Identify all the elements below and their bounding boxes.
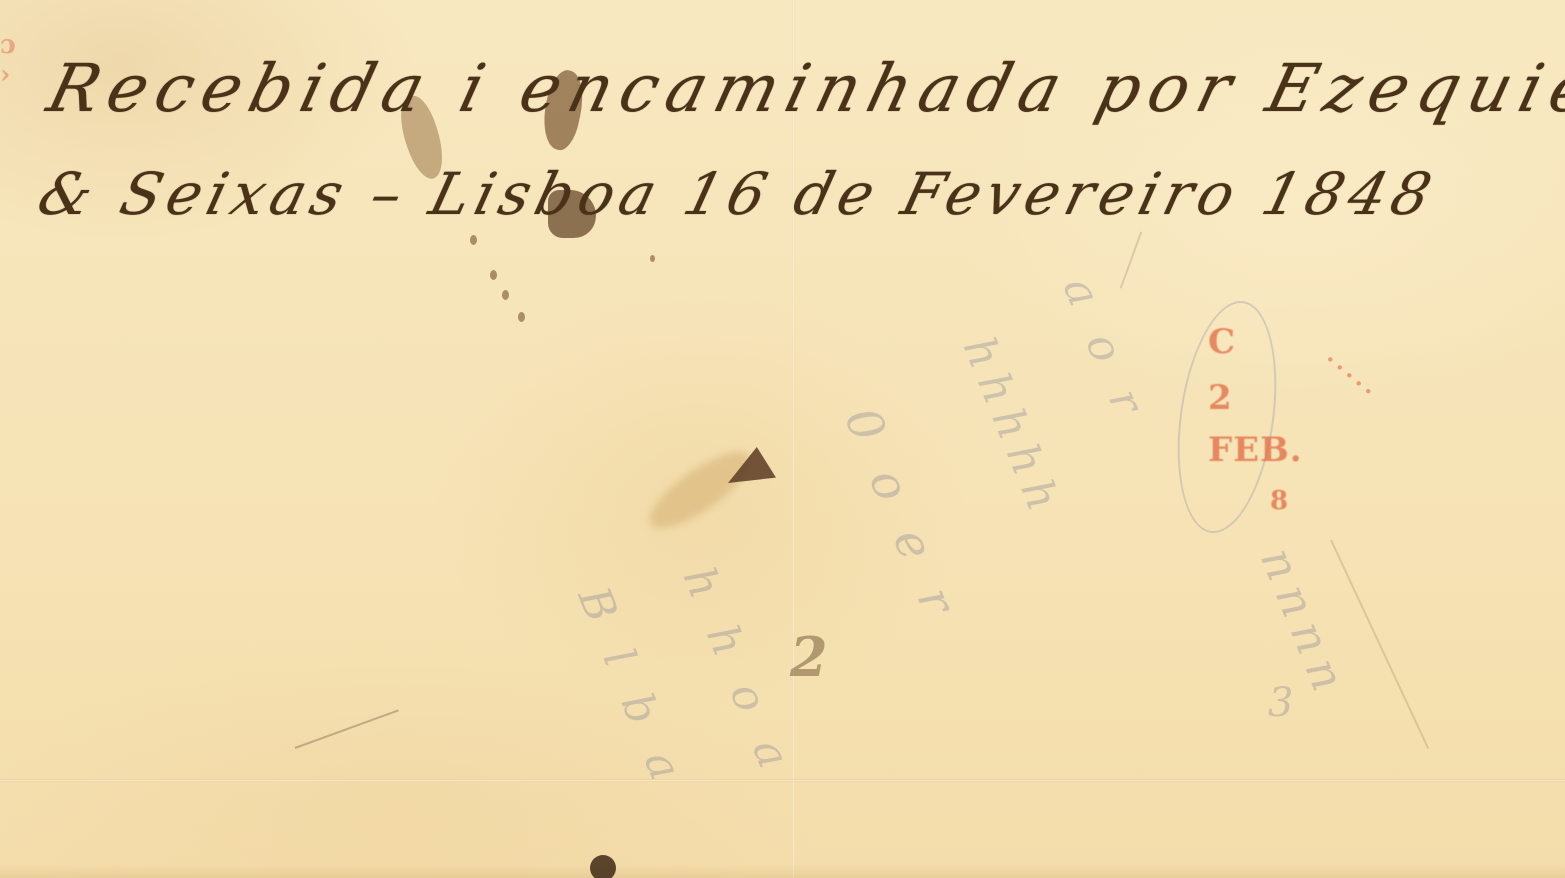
ink-blot bbox=[590, 855, 616, 878]
horizontal-fold-line bbox=[0, 779, 1565, 782]
ink-drip bbox=[502, 290, 509, 300]
ink-mark: 2 bbox=[790, 625, 838, 689]
paper-crease bbox=[1330, 540, 1429, 749]
pencil-bleed-through: 3 bbox=[1268, 680, 1303, 726]
handwritten-line-2: & Seixas – Lisboa 16 de Fevereiro 1848 bbox=[32, 160, 1444, 228]
paper-crease bbox=[295, 709, 399, 749]
pencil-bleed-through: 0 o e r bbox=[833, 400, 970, 631]
postmark-row: 2 bbox=[1208, 378, 1233, 418]
paper-tear bbox=[1120, 231, 1142, 288]
postmark-row: FEB. bbox=[1208, 430, 1303, 470]
left-stamp-fragment: ɔ › bbox=[0, 30, 30, 120]
ink-drip bbox=[650, 255, 655, 262]
document-page: ɔ › Recebida i encaminhada por Ezequiel … bbox=[0, 0, 1565, 878]
handwritten-line-1: Recebida i encaminhada por Ezequiel bbox=[40, 50, 1565, 127]
pencil-bleed-through: B l b a bbox=[568, 580, 695, 796]
pencil-bleed-through: a o r bbox=[1053, 270, 1157, 430]
ink-drip bbox=[518, 312, 525, 322]
ink-drip bbox=[470, 235, 477, 245]
paper-bottom-edge bbox=[0, 864, 1565, 878]
postmark-arc: ····· bbox=[1318, 346, 1384, 408]
ink-drip bbox=[490, 270, 497, 280]
postmark-row: C bbox=[1208, 322, 1236, 362]
pencil-bleed-through: h h o a bbox=[673, 560, 803, 784]
red-postmark: C 2 FEB. 8 ····· bbox=[1200, 322, 1390, 522]
postmark-row: 8 bbox=[1270, 486, 1289, 516]
ink-smear bbox=[639, 439, 760, 541]
pencil-bleed-through: hhhhh bbox=[953, 330, 1072, 527]
